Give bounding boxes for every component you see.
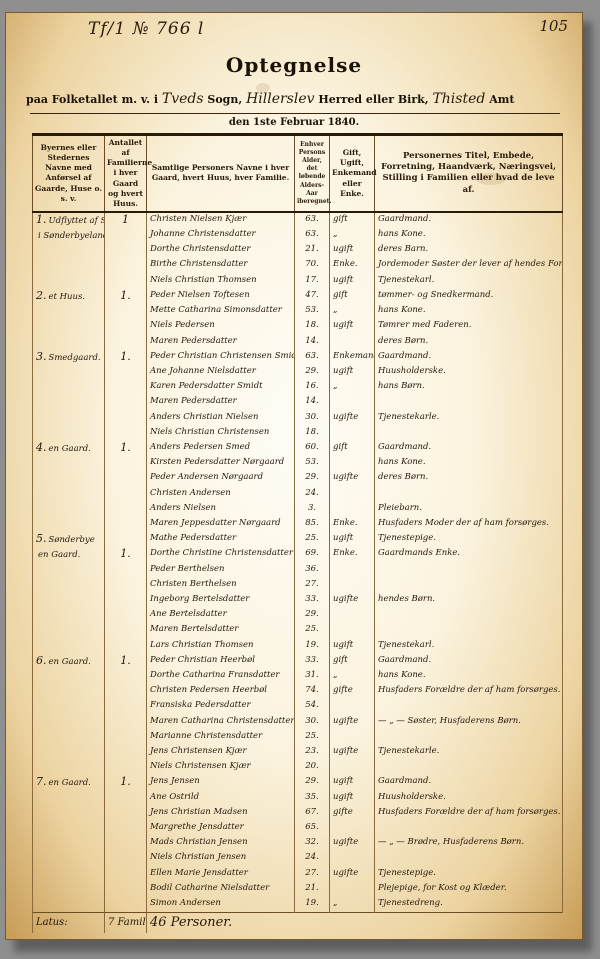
occupation-cell: Gaardmands Enke. xyxy=(375,547,563,562)
occupation-cell: Gaardmand. xyxy=(375,350,563,365)
folio-number: 105 xyxy=(539,17,568,35)
families-cell: 1. xyxy=(105,289,147,304)
name-cell: Peder Christian Christensen Smidt xyxy=(147,350,295,365)
families-cell xyxy=(105,578,147,593)
age-cell: 30. xyxy=(295,411,330,426)
table-row: Christen Andersen24. xyxy=(33,487,563,502)
name-cell: Peder Berthelsen xyxy=(147,563,295,578)
families-cell xyxy=(105,897,147,913)
place-cell xyxy=(33,304,105,319)
archive-reference: Tf/1 № 766 l xyxy=(88,19,204,39)
parish-label: Sogn, xyxy=(207,93,242,106)
place-cell xyxy=(33,258,105,273)
occupation-cell: Tjenestekarl. xyxy=(375,274,563,289)
age-cell: 18. xyxy=(295,319,330,334)
table-row: 3.Smedgaard.1.Peder Christian Christense… xyxy=(33,350,563,365)
place-cell xyxy=(33,867,105,882)
place-cell xyxy=(33,897,105,913)
name-cell: Ane Bertelsdatter xyxy=(147,608,295,623)
subtitle-prefix: paa Folketallet m. v. i xyxy=(26,93,158,106)
families-cell xyxy=(105,243,147,258)
household-number: 4. xyxy=(36,441,47,454)
age-cell: 27. xyxy=(295,867,330,882)
families-cell xyxy=(105,258,147,273)
occupation-cell: deres Børn. xyxy=(375,471,563,486)
occupation-cell: hans Kone. xyxy=(375,304,563,319)
status-cell xyxy=(330,456,375,471)
name-cell: Lars Christian Thomsen xyxy=(147,639,295,654)
table-row: Simon Andersen19.„Tjenestedreng. xyxy=(33,897,563,913)
table-row: Christen Pedersen Heerbøl74.gifteHusfade… xyxy=(33,684,563,699)
families-cell xyxy=(105,304,147,319)
table-row: Anders Christian Nielsen30.ugifteTjenest… xyxy=(33,411,563,426)
place-cell xyxy=(33,806,105,821)
name-cell: Dorthe Christensdatter xyxy=(147,243,295,258)
occupation-cell: — „ — Brødre, Husfaderens Børn. xyxy=(375,836,563,851)
age-cell: 53. xyxy=(295,456,330,471)
name-cell: Ingeborg Bertelsdatter xyxy=(147,593,295,608)
occupation-cell: hendes Børn. xyxy=(375,593,563,608)
table-row: 5.SønderbyeMathe Pedersdatter25.ugiftTje… xyxy=(33,532,563,547)
occupation-cell: Gaardmand. xyxy=(375,212,563,228)
household-number: 5. xyxy=(36,532,47,545)
occupation-cell: Tjenestepige. xyxy=(375,532,563,547)
place-cell xyxy=(33,517,105,532)
families-cell xyxy=(105,639,147,654)
place-cell: 5.Sønderbye xyxy=(33,532,105,547)
status-cell: gifte xyxy=(330,806,375,821)
status-cell xyxy=(330,426,375,441)
district-name: Hillerslev xyxy=(246,91,314,107)
age-cell: 24. xyxy=(295,487,330,502)
occupation-cell: Husfaders Moder der af ham forsørges. xyxy=(375,517,563,532)
total-label: Latus: xyxy=(33,913,105,934)
age-cell: 47. xyxy=(295,289,330,304)
table-row: Peder Andersen Nørgaard29.ugiftederes Bø… xyxy=(33,471,563,486)
table-row: Maren Pedersdatter14.deres Børn. xyxy=(33,335,563,350)
place-cell: 4.en Gaard. xyxy=(33,441,105,456)
place-name: en Gaard. xyxy=(49,778,91,788)
families-cell xyxy=(105,745,147,760)
status-cell: „ xyxy=(330,897,375,913)
district-label: Herred eller Birk, xyxy=(318,93,428,106)
name-cell: Dorthe Christine Christensdatter xyxy=(147,547,295,562)
place-cell xyxy=(33,791,105,806)
families-cell: 1. xyxy=(105,654,147,669)
place-cell xyxy=(33,715,105,730)
table-row: Mads Christian Jensen32.ugifte— „ — Brød… xyxy=(33,836,563,851)
table-row: Niels Christian Christensen18. xyxy=(33,426,563,441)
name-cell: Kirsten Pedersdatter Nørgaard xyxy=(147,456,295,471)
place-cell xyxy=(33,730,105,745)
occupation-cell xyxy=(375,578,563,593)
name-cell: Ane Ostrild xyxy=(147,791,295,806)
families-cell xyxy=(105,319,147,334)
status-cell: ugifte xyxy=(330,411,375,426)
occupation-cell xyxy=(375,699,563,714)
place-cell: en Gaard. xyxy=(33,547,105,562)
name-cell: Fransiska Pedersdatter xyxy=(147,699,295,714)
occupation-cell: hans Kone. xyxy=(375,228,563,243)
place-cell xyxy=(33,243,105,258)
table-row: 1.Udflyttet af Sønderbye1Christen Nielse… xyxy=(33,212,563,228)
name-cell: Jens Christian Madsen xyxy=(147,806,295,821)
status-cell: „ xyxy=(330,304,375,319)
household-number: 3. xyxy=(36,350,47,363)
county-name: Thisted xyxy=(432,91,485,107)
table-row: Dorthe Catharina Fransdatter31.„hans Kon… xyxy=(33,669,563,684)
occupation-cell: Plejepige, for Kost og Klæder. xyxy=(375,882,563,897)
occupation-cell: — „ — Søster, Husfaderens Børn. xyxy=(375,715,563,730)
census-page: Tf/1 № 766 l 105 Optegnelse paa Folketal… xyxy=(5,12,583,940)
name-cell: Peder Nielsen Toftesen xyxy=(147,289,295,304)
status-cell xyxy=(330,578,375,593)
place-cell: 2.et Huus. xyxy=(33,289,105,304)
occupation-cell xyxy=(375,730,563,745)
table-row: Niels Christian Jensen24. xyxy=(33,851,563,866)
place-cell xyxy=(33,593,105,608)
age-cell: 21. xyxy=(295,243,330,258)
place-name: Udflyttet af Sønderbye xyxy=(49,216,105,226)
age-cell: 3. xyxy=(295,502,330,517)
name-cell: Simon Andersen xyxy=(147,897,295,913)
name-cell: Niels Christian Thomsen xyxy=(147,274,295,289)
families-cell xyxy=(105,669,147,684)
name-cell: Maren Bertelsdatter xyxy=(147,623,295,638)
status-cell: ugifte xyxy=(330,867,375,882)
occupation-cell: Huusholderske. xyxy=(375,365,563,380)
table-row: Niels Christensen Kjær20. xyxy=(33,760,563,775)
age-cell: 31. xyxy=(295,669,330,684)
age-cell: 21. xyxy=(295,882,330,897)
name-cell: Niels Christian Christensen xyxy=(147,426,295,441)
families-cell xyxy=(105,532,147,547)
census-date: den 1ste Februar 1840. xyxy=(6,117,582,128)
status-cell xyxy=(330,563,375,578)
place-cell xyxy=(33,699,105,714)
place-cell xyxy=(33,745,105,760)
age-cell: 32. xyxy=(295,836,330,851)
families-cell xyxy=(105,699,147,714)
place-cell xyxy=(33,426,105,441)
name-cell: Christen Pedersen Heerbøl xyxy=(147,684,295,699)
occupation-cell: hans Kone. xyxy=(375,669,563,684)
name-cell: Ellen Marie Jensdatter xyxy=(147,867,295,882)
place-cell xyxy=(33,487,105,502)
age-cell: 25. xyxy=(295,532,330,547)
place-cell xyxy=(33,365,105,380)
status-cell: ugifte xyxy=(330,715,375,730)
status-cell: gift xyxy=(330,654,375,669)
families-cell: 1. xyxy=(105,441,147,456)
status-cell: ugift xyxy=(330,365,375,380)
header-age: Enhver Persons Alder, det løbende Alders… xyxy=(295,135,330,212)
status-cell xyxy=(330,851,375,866)
status-cell: ugift xyxy=(330,319,375,334)
place-cell: 3.Smedgaard. xyxy=(33,350,105,365)
parish-name: Tveds xyxy=(162,91,204,107)
total-persons: 46 Personer. xyxy=(147,913,563,934)
place-cell xyxy=(33,502,105,517)
age-cell: 35. xyxy=(295,791,330,806)
name-cell: Mathe Pedersdatter xyxy=(147,532,295,547)
occupation-cell: Gaardmand. xyxy=(375,654,563,669)
table-row: Kirsten Pedersdatter Nørgaard53.hans Kon… xyxy=(33,456,563,471)
families-cell xyxy=(105,502,147,517)
total-row: Latus: 7 Famil. 46 Personer. xyxy=(33,913,563,934)
occupation-cell: Tjenestekarle. xyxy=(375,745,563,760)
status-cell: ugifte xyxy=(330,471,375,486)
table-row: Bodil Catharine Nielsdatter21.Plejepige,… xyxy=(33,882,563,897)
occupation-cell: Gaardmand. xyxy=(375,441,563,456)
place-name: Sønderbye xyxy=(49,535,95,545)
families-cell xyxy=(105,715,147,730)
status-cell xyxy=(330,821,375,836)
occupation-cell xyxy=(375,426,563,441)
place-cell xyxy=(33,274,105,289)
header-row: Byernes eller Stedernes Navne med Anførs… xyxy=(33,135,563,212)
table-row: Ane Bertelsdatter29. xyxy=(33,608,563,623)
table-row: Margrethe Jensdatter65. xyxy=(33,821,563,836)
families-cell xyxy=(105,365,147,380)
table-row: Anders Nielsen3.Pleiebarn. xyxy=(33,502,563,517)
status-cell: Enke. xyxy=(330,517,375,532)
occupation-cell: Tjenestedreng. xyxy=(375,897,563,913)
header-status: Gift, Ugift, Enkemand eller Enke. xyxy=(330,135,375,212)
occupation-cell xyxy=(375,395,563,410)
age-cell: 16. xyxy=(295,380,330,395)
place-cell xyxy=(33,684,105,699)
table-row: Peder Berthelsen36. xyxy=(33,563,563,578)
table-row: Ane Ostrild35.ugiftHuusholderske. xyxy=(33,791,563,806)
table-row: Maren Jeppesdatter Nørgaard85.Enke.Husfa… xyxy=(33,517,563,532)
name-cell: Anders Pedersen Smed xyxy=(147,441,295,456)
place-cell xyxy=(33,471,105,486)
age-cell: 19. xyxy=(295,897,330,913)
occupation-cell: Jordemoder Søster der lever af hendes Fo… xyxy=(375,258,563,273)
occupation-cell: deres Børn. xyxy=(375,335,563,350)
families-cell xyxy=(105,821,147,836)
place-cell xyxy=(33,395,105,410)
families-cell xyxy=(105,426,147,441)
place-cell xyxy=(33,669,105,684)
occupation-cell xyxy=(375,760,563,775)
status-cell xyxy=(330,730,375,745)
name-cell: Anders Christian Nielsen xyxy=(147,411,295,426)
status-cell xyxy=(330,882,375,897)
age-cell: 74. xyxy=(295,684,330,699)
header-families: Antallet af Familierne i hver Gaard og h… xyxy=(105,135,147,212)
place-cell: i Sønderbyeland. xyxy=(33,228,105,243)
age-cell: 70. xyxy=(295,258,330,273)
age-cell: 63. xyxy=(295,350,330,365)
table-row: Maren Catharina Christensdatter30.ugifte… xyxy=(33,715,563,730)
families-cell xyxy=(105,395,147,410)
name-cell: Ane Johanne Nielsdatter xyxy=(147,365,295,380)
name-cell: Mads Christian Jensen xyxy=(147,836,295,851)
subtitle-line: paa Folketallet m. v. i Tveds Sogn, Hill… xyxy=(26,91,566,107)
age-cell: 25. xyxy=(295,623,330,638)
age-cell: 25. xyxy=(295,730,330,745)
household-number: 6. xyxy=(36,654,47,667)
table-row: Niels Christian Thomsen17.ugiftTjenestek… xyxy=(33,274,563,289)
name-cell: Johanne Christensdatter xyxy=(147,228,295,243)
name-cell: Anders Nielsen xyxy=(147,502,295,517)
families-cell xyxy=(105,274,147,289)
age-cell: 33. xyxy=(295,654,330,669)
table-row: Birthe Christensdatter70.Enke.Jordemoder… xyxy=(33,258,563,273)
table-row: Jens Christian Madsen67.gifteHusfaders F… xyxy=(33,806,563,821)
status-cell: gift xyxy=(330,441,375,456)
total-families: 7 Famil. xyxy=(105,913,147,934)
age-cell: 29. xyxy=(295,471,330,486)
header-occupation: Personernes Titel, Embede, Forretning, H… xyxy=(375,135,563,212)
status-cell: ugifte xyxy=(330,836,375,851)
occupation-cell: Husfaders Forældre der af ham forsørges. xyxy=(375,806,563,821)
table-row: 7.en Gaard.1.Jens Jensen29.ugiftGaardman… xyxy=(33,775,563,790)
place-cell: 6.en Gaard. xyxy=(33,654,105,669)
table-row: Marianne Christensdatter25. xyxy=(33,730,563,745)
age-cell: 14. xyxy=(295,395,330,410)
age-cell: 30. xyxy=(295,715,330,730)
status-cell: gift xyxy=(330,289,375,304)
families-cell xyxy=(105,593,147,608)
occupation-cell: tømmer- og Snedkermand. xyxy=(375,289,563,304)
place-cell xyxy=(33,578,105,593)
table-row: Mette Catharina Simonsdatter53.„hans Kon… xyxy=(33,304,563,319)
families-cell xyxy=(105,608,147,623)
age-cell: 85. xyxy=(295,517,330,532)
table-row: 4.en Gaard.1.Anders Pedersen Smed60.gift… xyxy=(33,441,563,456)
occupation-cell: Tjenestekarle. xyxy=(375,411,563,426)
families-cell xyxy=(105,867,147,882)
families-cell xyxy=(105,684,147,699)
occupation-cell: Pleiebarn. xyxy=(375,502,563,517)
families-cell: 1 xyxy=(105,212,147,228)
table-row: 2.et Huus.1.Peder Nielsen Toftesen47.gif… xyxy=(33,289,563,304)
place-cell xyxy=(33,563,105,578)
occupation-cell: Tømrer med Faderen. xyxy=(375,319,563,334)
status-cell: ugift xyxy=(330,639,375,654)
household-number: 7. xyxy=(36,775,47,788)
place-name: en Gaard. xyxy=(49,657,91,667)
place-name: en Gaard. xyxy=(49,444,91,454)
place-cell xyxy=(33,319,105,334)
families-cell xyxy=(105,836,147,851)
status-cell xyxy=(330,335,375,350)
status-cell: ugift xyxy=(330,243,375,258)
place-name: Smedgaard. xyxy=(49,353,101,363)
name-cell: Christen Andersen xyxy=(147,487,295,502)
place-cell xyxy=(33,836,105,851)
age-cell: 29. xyxy=(295,365,330,380)
age-cell: 63. xyxy=(295,228,330,243)
age-cell: 65. xyxy=(295,821,330,836)
occupation-cell: hans Kone. xyxy=(375,456,563,471)
families-cell xyxy=(105,791,147,806)
table-row: Fransiska Pedersdatter54. xyxy=(33,699,563,714)
table-row: Ane Johanne Nielsdatter29.ugiftHuusholde… xyxy=(33,365,563,380)
name-cell: Bodil Catharine Nielsdatter xyxy=(147,882,295,897)
families-cell xyxy=(105,411,147,426)
header-names: Samtlige Personers Navne i hver Gaard, h… xyxy=(147,135,295,212)
name-cell: Niels Christian Jensen xyxy=(147,851,295,866)
place-cell: 7.en Gaard. xyxy=(33,775,105,790)
name-cell: Marianne Christensdatter xyxy=(147,730,295,745)
status-cell: ugift xyxy=(330,532,375,547)
household-number: 2. xyxy=(36,289,47,302)
occupation-cell: hans Børn. xyxy=(375,380,563,395)
place-name: i Sønderbyeland. xyxy=(38,231,105,241)
age-cell: 69. xyxy=(295,547,330,562)
age-cell: 24. xyxy=(295,851,330,866)
families-cell xyxy=(105,806,147,821)
families-cell xyxy=(105,760,147,775)
table-row: Lars Christian Thomsen19.ugiftTjenesteka… xyxy=(33,639,563,654)
place-cell xyxy=(33,821,105,836)
name-cell: Christen Nielsen Kjær xyxy=(147,212,295,228)
name-cell: Birthe Christensdatter xyxy=(147,258,295,273)
table-row: Maren Pedersdatter14. xyxy=(33,395,563,410)
status-cell: ugift xyxy=(330,791,375,806)
families-cell: 1. xyxy=(105,547,147,562)
families-cell xyxy=(105,456,147,471)
families-cell xyxy=(105,517,147,532)
name-cell: Karen Pedersdatter Smidt xyxy=(147,380,295,395)
place-cell xyxy=(33,380,105,395)
status-cell xyxy=(330,395,375,410)
name-cell: Christen Berthelsen xyxy=(147,578,295,593)
name-cell: Maren Catharina Christensdatter xyxy=(147,715,295,730)
status-cell: Enke. xyxy=(330,258,375,273)
census-table: Byernes eller Stedernes Navne med Anførs… xyxy=(32,133,563,933)
status-cell: gift xyxy=(330,212,375,228)
occupation-cell: Husfaders Forældre der af ham forsørges. xyxy=(375,684,563,699)
occupation-cell: Gaardmand. xyxy=(375,775,563,790)
name-cell: Maren Jeppesdatter Nørgaard xyxy=(147,517,295,532)
status-cell xyxy=(330,699,375,714)
table-row: Ellen Marie Jensdatter27.ugifteTjenestep… xyxy=(33,867,563,882)
name-cell: Peder Andersen Nørgaard xyxy=(147,471,295,486)
status-cell xyxy=(330,623,375,638)
age-cell: 23. xyxy=(295,745,330,760)
place-cell xyxy=(33,411,105,426)
header-place: Byernes eller Stedernes Navne med Anførs… xyxy=(33,135,105,212)
name-cell: Niels Pedersen xyxy=(147,319,295,334)
status-cell: gifte xyxy=(330,684,375,699)
age-cell: 18. xyxy=(295,426,330,441)
county-label: Amt xyxy=(489,93,514,106)
place-cell xyxy=(33,639,105,654)
age-cell: 14. xyxy=(295,335,330,350)
status-cell: „ xyxy=(330,380,375,395)
occupation-cell xyxy=(375,821,563,836)
table-row: Ingeborg Bertelsdatter33.ugiftehendes Bø… xyxy=(33,593,563,608)
place-cell xyxy=(33,456,105,471)
families-cell xyxy=(105,882,147,897)
name-cell: Margrethe Jensdatter xyxy=(147,821,295,836)
families-cell: 1. xyxy=(105,350,147,365)
occupation-cell: deres Barn. xyxy=(375,243,563,258)
table-row: Christen Berthelsen27. xyxy=(33,578,563,593)
age-cell: 29. xyxy=(295,608,330,623)
place-name: en Gaard. xyxy=(38,550,80,560)
place-cell xyxy=(33,851,105,866)
name-cell: Jens Jensen xyxy=(147,775,295,790)
age-cell: 29. xyxy=(295,775,330,790)
families-cell xyxy=(105,335,147,350)
status-cell xyxy=(330,760,375,775)
